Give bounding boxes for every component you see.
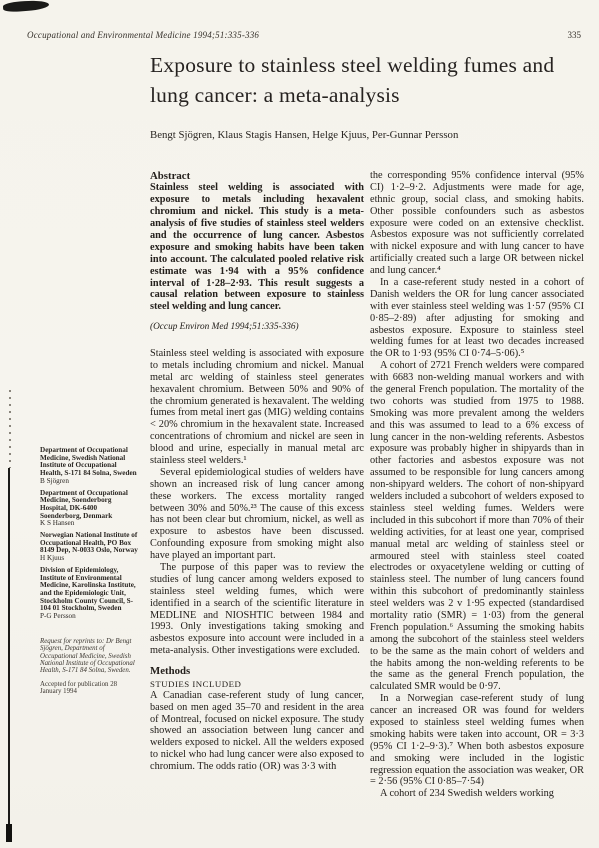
left-edge-rule — [8, 468, 10, 828]
body-paragraph: Several epidemiological studies of welde… — [150, 467, 364, 562]
accepted-note: Accepted for publication 28 January 1994 — [40, 681, 140, 696]
right-column: the corresponding 95% confidence interva… — [370, 170, 584, 800]
studies-included-subheading: STUDIES INCLUDED — [150, 679, 364, 689]
body-paragraph: A cohort of 234 Swedish welders working — [370, 788, 584, 800]
affiliation-address: Norwegian National Institute of Occupati… — [40, 532, 140, 555]
body-paragraph: the corresponding 95% confidence interva… — [370, 170, 584, 277]
affiliation-address: Division of Epidemiology, Institute of E… — [40, 567, 140, 613]
margin-notes: Department of Occupational Medicine, Swe… — [40, 447, 140, 695]
journal-page: Occupational and Environmental Medicine … — [0, 0, 599, 848]
affiliation-block: Division of Epidemiology, Institute of E… — [40, 567, 140, 621]
abstract-citation: (Occup Environ Med 1994;51:335-336) — [150, 322, 364, 333]
body-paragraph: A Canadian case-referent study of lung c… — [150, 690, 364, 773]
affiliation-author: K S Hansen — [40, 520, 140, 528]
page-number: 335 — [568, 30, 582, 40]
affiliation-address: Department of Occupational Medicine, Soe… — [40, 490, 140, 521]
affiliation-block: Norwegian National Institute of Occupati… — [40, 532, 140, 563]
affiliation-block: Department of Occupational Medicine, Soe… — [40, 490, 140, 529]
affiliation-author: P-G Persson — [40, 613, 140, 621]
body-paragraph: In a Norwegian case-referent study of lu… — [370, 693, 584, 788]
journal-citation-header: Occupational and Environmental Medicine … — [27, 30, 259, 40]
affiliation-author: H Kjuus — [40, 555, 140, 563]
affiliation-author: B Sjögren — [40, 478, 140, 486]
methods-heading: Methods — [150, 665, 364, 677]
abstract-body: Stainless steel welding is associated wi… — [150, 182, 364, 313]
reprints-note: Request for reprints to: Dr Bengt Sjögre… — [40, 638, 140, 675]
body-paragraph: The purpose of this paper was to review … — [150, 562, 364, 657]
left-column: Abstract Stainless steel welding is asso… — [150, 170, 364, 773]
left-edge-dotted-strip — [9, 390, 11, 468]
running-head: Occupational and Environmental Medicine … — [27, 30, 581, 40]
body-paragraph: Stainless steel welding is associated wi… — [150, 348, 364, 467]
affiliation-block: Department of Occupational Medicine, Swe… — [40, 447, 140, 486]
affiliation-address: Department of Occupational Medicine, Swe… — [40, 447, 140, 478]
scan-smudge-artifact — [3, 0, 50, 13]
body-paragraph: In a case-referent study nested in a coh… — [370, 277, 584, 360]
abstract-heading: Abstract — [150, 170, 364, 182]
left-edge-ink-blob — [6, 824, 12, 842]
article-title: Exposure to stainless steel welding fume… — [150, 51, 582, 110]
body-paragraph: A cohort of 2721 French welders were com… — [370, 360, 584, 693]
authors-line: Bengt Sjögren, Klaus Stagis Hansen, Helg… — [150, 129, 458, 141]
